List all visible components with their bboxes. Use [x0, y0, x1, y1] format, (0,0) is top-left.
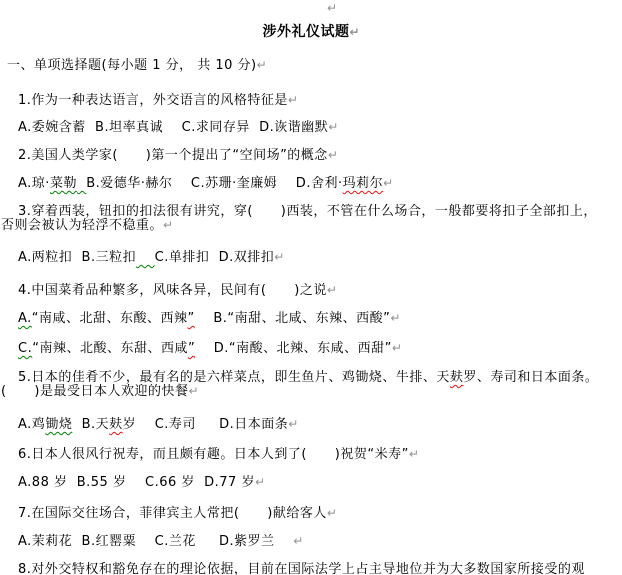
paragraph-mark-icon: ↵: [327, 506, 337, 520]
text-run: 5.日本的佳肴不少，最有名的是六样菜点，即生鱼片、鸡锄烧、牛排、天: [18, 370, 450, 385]
question-3-options: A.两粒扣 B.三粒扣 C.单排扣 D.双排扣↵: [18, 250, 284, 265]
question-1-options: A.委婉含蓄 B.坦率真诚 C.求同存异 D.诙谐幽默↵: [18, 120, 338, 135]
text-run: A.委婉含蓄 B.坦率真诚 C.求同存异 D.诙谐幽默: [18, 120, 328, 135]
paragraph-mark-icon: ↵: [392, 341, 402, 355]
spelling-squiggle-text: 麸: [450, 370, 464, 385]
text-run: 4.中国菜肴品种繁多，风味各异，民间有( )之说: [18, 283, 327, 298]
question-4: 4.中国菜肴品种繁多，风味各异，民间有( )之说↵: [18, 283, 337, 298]
paragraph-mark-icon: ↵: [274, 250, 284, 264]
paragraph-mark-line: ↵: [327, 1, 337, 16]
grammar-squiggle-text: C.: [18, 341, 32, 356]
spelling-squiggle-text: 麸: [109, 417, 123, 432]
paragraph-mark-icon: ↵: [288, 93, 298, 107]
text-run: D.“南酸、北辣、东咸、西甜”: [195, 341, 392, 356]
text-run: 一、单项选择题(每小题 1 分， 共 10 分): [7, 58, 257, 73]
grammar-squiggle-text: 菜勒: [50, 176, 77, 191]
section-header: 一、单项选择题(每小题 1 分， 共 10 分)↵: [7, 58, 267, 73]
paragraph-mark-icon: ↵: [288, 417, 298, 431]
paragraph-mark-icon: ↵: [188, 384, 198, 398]
paragraph-mark-icon: ↵: [255, 475, 265, 489]
question-2: 2.美国人类学家( )第一个提出了“空间场”的概念↵: [18, 148, 338, 163]
text-run: “南辣、北酸、东甜、西咸: [32, 341, 188, 356]
text-run: A.茉莉花 B.红罂粟 C.兰花 D.紫罗兰: [18, 534, 293, 549]
text-run: A.两粒扣 B.三粒扣: [18, 250, 136, 265]
spelling-squiggle-text: 玛莉尔: [343, 176, 384, 191]
question-7: 7.在国际交往场合，菲律宾主人常把( )献给客人↵: [18, 506, 337, 521]
question-8-partial: 8.对外交特权和豁免存在的理论依据，目前在国际法学上占主导地位并为大多数国家所接…: [18, 563, 585, 575]
text-run: ( )是最受日本人欢迎的快餐: [1, 384, 188, 399]
question-3-line2: 否则会被认为轻浮不稳重。↵: [1, 218, 173, 233]
question-5-options: A.鸡锄烧 B.天麸岁 C.寿司 D.日本面条↵: [18, 417, 298, 432]
text-run: 岁 C.寿司 D.日本面条: [123, 417, 289, 432]
paragraph-mark-icon: ↵: [293, 534, 303, 548]
paragraph-mark-icon: ↵: [390, 311, 400, 325]
text-run: 7.在国际交往场合，菲律宾主人常把( )献给客人: [18, 506, 327, 521]
text-run: B.“南甜、北咸、东辣、西酸”: [195, 311, 391, 326]
text-run: 涉外礼仪试题: [262, 24, 349, 40]
question-2-options: A.琼·菜勒 B.爱德华·赫尔 C.苏珊·奎廉姆 D.舍利·玛莉尔↵: [18, 176, 393, 191]
paragraph-mark-icon: ↵: [257, 58, 267, 72]
grammar-squiggle-text: [136, 250, 155, 265]
paragraph-mark-icon: ↵: [327, 283, 337, 297]
grammar-squiggle-text: A.: [18, 311, 32, 326]
spelling-squiggle-text: ”: [188, 311, 195, 326]
grammar-squiggle-text: 锄烧: [45, 417, 72, 432]
question-3-line1: 3.穿着西装，钮扣的扣法很有讲究，穿( )西装，不管在什么场合，一般都要将扣子全…: [18, 205, 597, 219]
grammar-squiggle-text: [77, 176, 86, 191]
text-run: C.单排扣 D.双排扣: [155, 250, 275, 265]
paragraph-mark-icon: ↵: [327, 1, 337, 15]
question-5-line2: ( )是最受日本人欢迎的快餐↵: [1, 384, 199, 399]
text-run: A.琼·: [18, 176, 50, 191]
text-run: 6.日本人很风行祝寿，而且颇有趣。日本人到了( )祝贺“米寿”: [18, 447, 409, 462]
text-run: 罗、寿司和日本面条。: [463, 370, 598, 385]
text-run: “南咸、北甜、东酸、西辣: [32, 311, 188, 326]
text-run: 否则会被认为轻浮不稳重。: [1, 218, 163, 233]
question-6: 6.日本人很风行祝寿，而且颇有趣。日本人到了( )祝贺“米寿”↵: [18, 447, 419, 462]
question-6-options: A.88 岁 B.55 岁 C.66 岁 D.77 岁↵: [18, 475, 265, 490]
paragraph-mark-icon: ↵: [328, 148, 338, 162]
question-5-line1: 5.日本的佳肴不少，最有名的是六样菜点，即生鱼片、鸡锄烧、牛排、天麸罗、寿司和日…: [18, 371, 598, 385]
text-run: 2.美国人类学家( )第一个提出了“空间场”的概念: [18, 148, 328, 163]
text-run: 3.穿着西装，钮扣的扣法很有讲究，穿( )西装，不管在什么场合，一般都要将扣子全…: [18, 204, 597, 219]
text-run: A.88 岁 B.55 岁 C.66 岁 D.77 岁: [18, 475, 255, 490]
text-run: 1.作为一种表达语言，外交语言的风格特征是: [18, 93, 288, 108]
question-4-options-cd: C.“南辣、北酸、东甜、西咸” D.“南酸、北辣、东咸、西甜”↵: [18, 341, 402, 356]
paragraph-mark-icon: ↵: [409, 447, 419, 461]
page-title: 涉外礼仪试题↵: [0, 25, 622, 39]
paragraph-mark-icon: ↵: [163, 218, 173, 232]
paragraph-mark-icon: ↵: [383, 176, 393, 190]
text-run: B.爱德华·赫尔 C.苏珊·奎廉姆 D.舍利·: [86, 176, 342, 191]
question-7-options: A.茉莉花 B.红罂粟 C.兰花 D.紫罗兰 ↵: [18, 534, 303, 549]
text-run: A.鸡: [18, 417, 45, 432]
paragraph-mark-icon: ↵: [328, 120, 338, 134]
question-4-options-ab: A.“南咸、北甜、东酸、西辣” B.“南甜、北咸、东辣、西酸”↵: [18, 311, 400, 326]
text-run: 8.对外交特权和豁免存在的理论依据，目前在国际法学上占主导地位并为大多数国家所接…: [18, 562, 585, 575]
text-run: B.天: [72, 417, 109, 432]
paragraph-mark-icon: ↵: [349, 25, 359, 39]
question-1: 1.作为一种表达语言，外交语言的风格特征是↵: [18, 93, 298, 108]
